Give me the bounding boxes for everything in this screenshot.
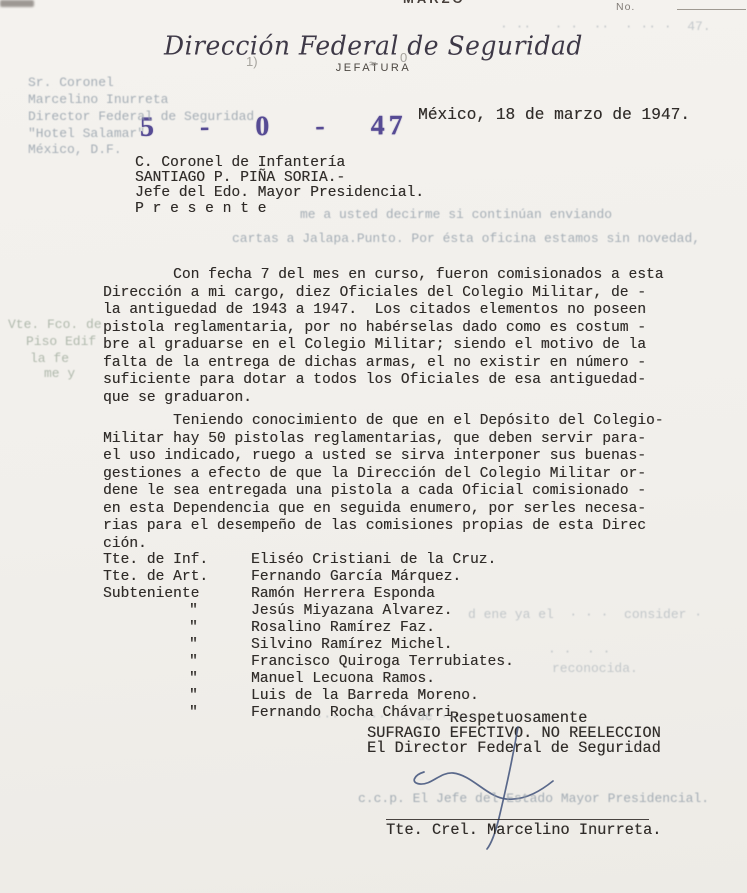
ghost-text-fragment: Piso Edif <box>26 335 96 349</box>
ghost-text-fragment: Sr. Coronel <box>28 76 114 90</box>
ghost-text-fragment: México, D.F. <box>28 143 122 157</box>
ghost-text-fragment: Vte. Fco. de <box>8 318 102 332</box>
officer-rank: " <box>189 688 198 704</box>
officer-rank: Tte. de Inf. <box>103 552 208 568</box>
officer-name: Jesús Miyazana Alvarez. <box>251 603 452 619</box>
officer-name: Eliséo Cristiani de la Cruz. <box>251 552 496 568</box>
officer-name: Rosalino Ramírez Faz. <box>251 620 435 636</box>
ghost-text-fragment: reconocida. <box>552 662 638 676</box>
ghost-text-fragment: c.c.p. El Jefe del Estado Mayor Presiden… <box>358 792 709 806</box>
officer-rank: " <box>189 705 198 721</box>
officer-rank: Tte. de Art. <box>103 569 208 585</box>
ghost-text-fragment: 0 <box>400 51 407 65</box>
officer-rank: " <box>189 603 198 619</box>
officer-name: Manuel Lecuona Ramos. <box>251 671 435 687</box>
officer-rank: " <box>189 637 198 653</box>
ghost-text-fragment: · ···· ··· ·· de ······· <box>300 710 495 724</box>
officer-name: Ramón Herrera Esponda <box>251 586 435 602</box>
number-blank-line <box>677 9 746 10</box>
ghost-text-fragment: d ene ya el · · · consider · <box>468 608 702 622</box>
officer-rank: " <box>189 671 198 687</box>
ghost-text-fragment: ≈ <box>369 57 376 71</box>
ghost-text-fragment: · · · · <box>548 645 610 659</box>
scanned-letter-page: MARZO No. Dirección Federal de Seguridad… <box>0 0 747 893</box>
officer-name: Francisco Quiroga Terrubiates. <box>251 654 514 670</box>
officer-rank: " <box>189 620 198 636</box>
signatory-name: Tte. Crel. Marcelino Inurreta. <box>386 822 661 840</box>
officer-name: Fernando García Márquez. <box>251 569 461 585</box>
ghost-text-fragment: · ·· · · ·· · ·· · 47. <box>500 20 711 34</box>
body-paragraph-1: Con fecha 7 del mes en curso, fueron com… <box>103 267 664 407</box>
body-paragraph-2: Teniendo conocimiento de que en el Depós… <box>103 413 664 553</box>
scan-artifact-smudge <box>0 0 34 7</box>
officer-rank: Subteniente <box>103 586 199 602</box>
ghost-text-fragment: la fe <box>30 352 69 366</box>
officer-name: Silvino Ramírez Michel. <box>251 637 452 653</box>
ghost-text-fragment: me a usted decirme si continúan enviando <box>300 208 612 222</box>
officer-rank: " <box>189 654 198 670</box>
date-line: México, 18 de marzo de 1947. <box>418 107 690 125</box>
ghost-text-fragment: cartas a Jalapa.Punto. Por ésta oficina … <box>232 232 700 246</box>
ghost-text-fragment: "Hotel Salamar" <box>28 127 145 141</box>
ghost-text-fragment: Director Federal de Seguridad <box>28 110 254 124</box>
ghost-text-fragment: me y <box>44 367 75 381</box>
number-label: No. <box>616 1 635 13</box>
signature-rule <box>386 819 649 820</box>
officer-name: Luis de la Barreda Moreno. <box>251 688 479 704</box>
ghost-text-fragment: Marcelino Inurreta <box>28 93 168 107</box>
ghost-text-fragment: 1) <box>246 55 258 69</box>
clipped-stamp-text: MARZO <box>403 0 481 8</box>
